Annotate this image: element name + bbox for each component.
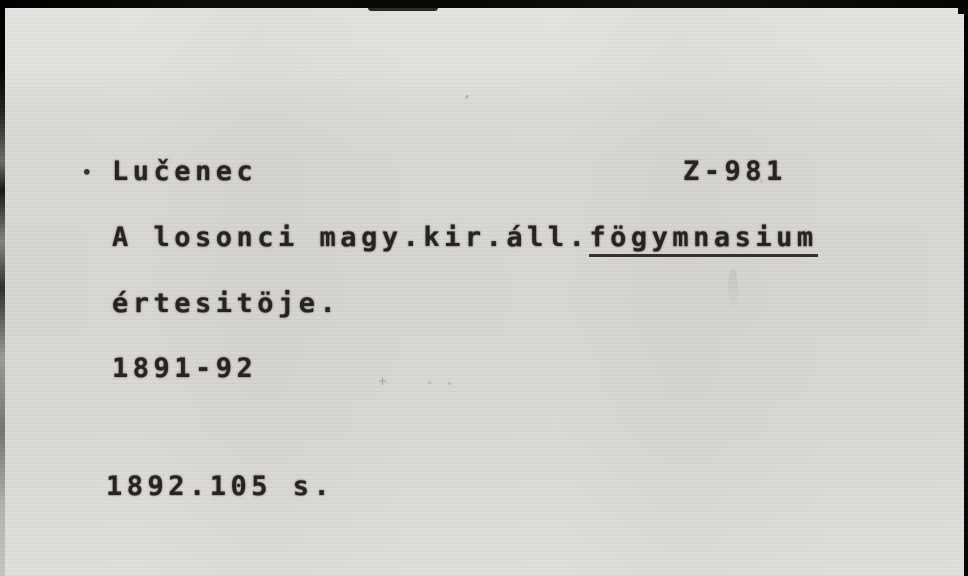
underlined-word: fögymnasium [589, 222, 817, 257]
paper-speck [448, 382, 451, 385]
scan-edge-top-bump [368, 6, 438, 11]
scan-edge-right [964, 0, 968, 576]
bullet-mark: • [82, 163, 92, 182]
call-number: Z-981 [683, 156, 787, 187]
title-line-2: értesitöje. [112, 288, 340, 319]
paper-speck: , [462, 85, 473, 101]
scan-edge-right-corner [958, 0, 968, 14]
scan-edge-left [0, 0, 5, 576]
year-range: 1891-92 [112, 353, 257, 384]
title-line-1-text: A losonci magy.kir.áll. [112, 222, 589, 253]
paper-speck [428, 381, 431, 384]
footnote: 1892.105 s. [106, 471, 334, 502]
title-line-1: A losonci magy.kir.áll.fögymnasium [112, 222, 818, 253]
paper-speck: + [378, 372, 387, 390]
catalog-card-scan: • Lučenec Z-981 A losonci magy.kir.áll.f… [0, 0, 968, 576]
scan-edge-top [0, 0, 968, 8]
place-name: Lučenec [112, 156, 257, 187]
paper-smudge [728, 268, 738, 308]
